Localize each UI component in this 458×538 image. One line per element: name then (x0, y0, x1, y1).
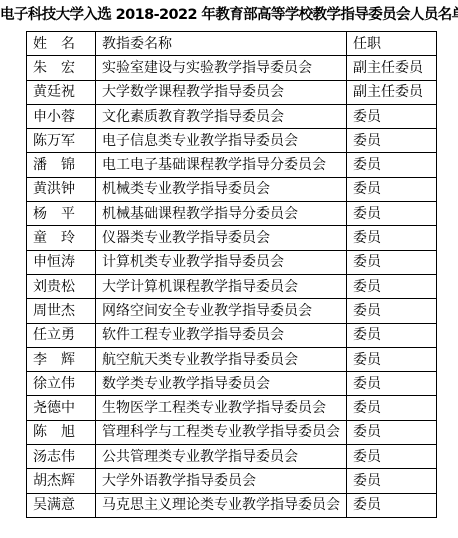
table-header-row: 姓 名 教指委名称 任职 (27, 32, 437, 56)
table-row: 任立勇软件工程专业教学指导委员会委员 (27, 323, 437, 347)
member-name: 汤志伟 (27, 445, 96, 469)
member-name: 尧德中 (27, 396, 96, 420)
committee-name: 机械基础课程教学指导分委员会 (96, 202, 347, 226)
member-role: 委员 (347, 129, 437, 153)
member-role: 委员 (347, 372, 437, 396)
committee-name: 计算机类专业教学指导委员会 (96, 250, 347, 274)
member-name: 黄廷祝 (27, 80, 96, 104)
committee-name: 航空航天类专业教学指导委员会 (96, 347, 347, 371)
committee-name: 仪器类专业教学指导委员会 (96, 226, 347, 250)
member-role: 委员 (347, 202, 437, 226)
committee-name: 数学类专业教学指导委员会 (96, 372, 347, 396)
committee-name: 软件工程专业教学指导委员会 (96, 323, 347, 347)
committee-name: 大学数学课程教学指导委员会 (96, 80, 347, 104)
committee-name: 机械类专业教学指导委员会 (96, 177, 347, 201)
member-name: 陈万军 (27, 129, 96, 153)
table-row: 潘 锦电工电子基础课程教学指导分委员会委员 (27, 153, 437, 177)
member-role: 委员 (347, 274, 437, 298)
table-row: 黄廷祝大学数学课程教学指导委员会副主任委员 (27, 80, 437, 104)
member-role: 委员 (347, 153, 437, 177)
member-name: 黄洪钟 (27, 177, 96, 201)
member-name: 童 玲 (27, 226, 96, 250)
member-name: 李 辉 (27, 347, 96, 371)
member-role: 委员 (347, 469, 437, 493)
member-role: 委员 (347, 420, 437, 444)
member-name: 胡杰辉 (27, 469, 96, 493)
member-name: 任立勇 (27, 323, 96, 347)
member-role: 委员 (347, 226, 437, 250)
table-row: 周世杰网络空间安全专业教学指导委员会委员 (27, 299, 437, 323)
table-row: 刘贵松大学计算机课程教学指导委员会委员 (27, 274, 437, 298)
table-row: 申恒涛计算机类专业教学指导委员会委员 (27, 250, 437, 274)
committee-name: 大学外语教学指导委员会 (96, 469, 347, 493)
member-role: 副主任委员 (347, 80, 437, 104)
committee-name: 大学计算机课程教学指导委员会 (96, 274, 347, 298)
committee-name: 公共管理类专业教学指导委员会 (96, 445, 347, 469)
member-name: 刘贵松 (27, 274, 96, 298)
member-role: 委员 (347, 347, 437, 371)
table-row: 黄洪钟机械类专业教学指导委员会委员 (27, 177, 437, 201)
committee-name: 马克思主义理论类专业教学指导委员会 (96, 493, 347, 517)
table-row: 申小蓉文化素质教育教学指导委员会委员 (27, 104, 437, 128)
table-row: 吴满意马克思主义理论类专业教学指导委员会委员 (27, 493, 437, 517)
table-row: 汤志伟公共管理类专业教学指导委员会委员 (27, 445, 437, 469)
member-name: 徐立伟 (27, 372, 96, 396)
header-role: 任职 (347, 32, 437, 56)
page-title: 电子科技大学入选 2018-2022 年教育部高等学校教学指导委员会人员名单 (0, 3, 458, 24)
committee-name: 电工电子基础课程教学指导分委员会 (96, 153, 347, 177)
member-name: 周世杰 (27, 299, 96, 323)
member-role: 委员 (347, 445, 437, 469)
committee-name: 网络空间安全专业教学指导委员会 (96, 299, 347, 323)
committee-name: 实验室建设与实验教学指导委员会 (96, 56, 347, 80)
table-row: 尧德中生物医学工程类专业教学指导委员会委员 (27, 396, 437, 420)
table-row: 朱 宏实验室建设与实验教学指导委员会副主任委员 (27, 56, 437, 80)
member-name: 朱 宏 (27, 56, 96, 80)
table-row: 李 辉航空航天类专业教学指导委员会委员 (27, 347, 437, 371)
table-row: 童 玲仪器类专业教学指导委员会委员 (27, 226, 437, 250)
member-role: 委员 (347, 177, 437, 201)
table-row: 陈万军电子信息类专业教学指导委员会委员 (27, 129, 437, 153)
header-name: 姓 名 (27, 32, 96, 56)
header-committee: 教指委名称 (96, 32, 347, 56)
member-role: 委员 (347, 396, 437, 420)
member-name: 陈 旭 (27, 420, 96, 444)
member-role: 委员 (347, 299, 437, 323)
table-row: 徐立伟数学类专业教学指导委员会委员 (27, 372, 437, 396)
table-row: 杨 平机械基础课程教学指导分委员会委员 (27, 202, 437, 226)
committee-name: 电子信息类专业教学指导委员会 (96, 129, 347, 153)
member-role: 委员 (347, 493, 437, 517)
member-role: 委员 (347, 323, 437, 347)
member-name: 杨 平 (27, 202, 96, 226)
member-name: 吴满意 (27, 493, 96, 517)
table-row: 胡杰辉大学外语教学指导委员会委员 (27, 469, 437, 493)
committee-roster-table: 姓 名 教指委名称 任职 朱 宏实验室建设与实验教学指导委员会副主任委员黄廷祝大… (26, 31, 437, 518)
member-name: 申恒涛 (27, 250, 96, 274)
member-role: 委员 (347, 104, 437, 128)
member-role: 委员 (347, 250, 437, 274)
member-name: 潘 锦 (27, 153, 96, 177)
member-name: 申小蓉 (27, 104, 96, 128)
table-row: 陈 旭管理科学与工程类专业教学指导委员会委员 (27, 420, 437, 444)
member-role: 副主任委员 (347, 56, 437, 80)
committee-name: 文化素质教育教学指导委员会 (96, 104, 347, 128)
committee-name: 管理科学与工程类专业教学指导委员会 (96, 420, 347, 444)
committee-name: 生物医学工程类专业教学指导委员会 (96, 396, 347, 420)
